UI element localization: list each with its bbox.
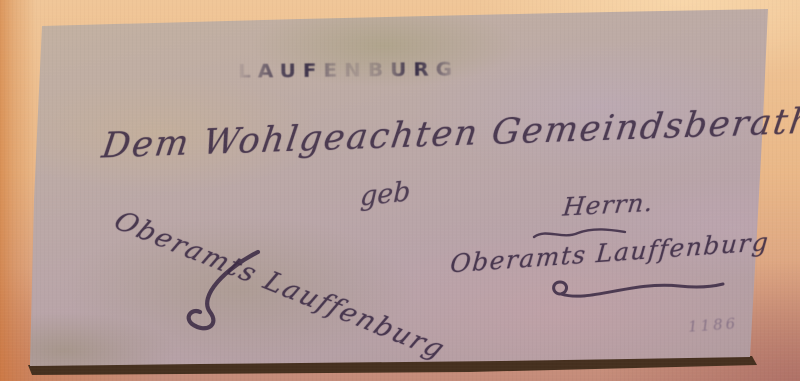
underline-flourish-office bbox=[546, 276, 728, 304]
postmark-stamp: LAUFENBURG bbox=[238, 58, 459, 82]
honorific-script: Herrn. bbox=[562, 188, 655, 222]
pencil-note: 1186 bbox=[687, 314, 738, 335]
abbreviation-script: geb bbox=[360, 176, 411, 213]
big-letter-flourish bbox=[186, 248, 278, 336]
photo-scene: LAUFENBURG Dem Wohlgeachten Gemeindsbera… bbox=[0, 0, 800, 381]
